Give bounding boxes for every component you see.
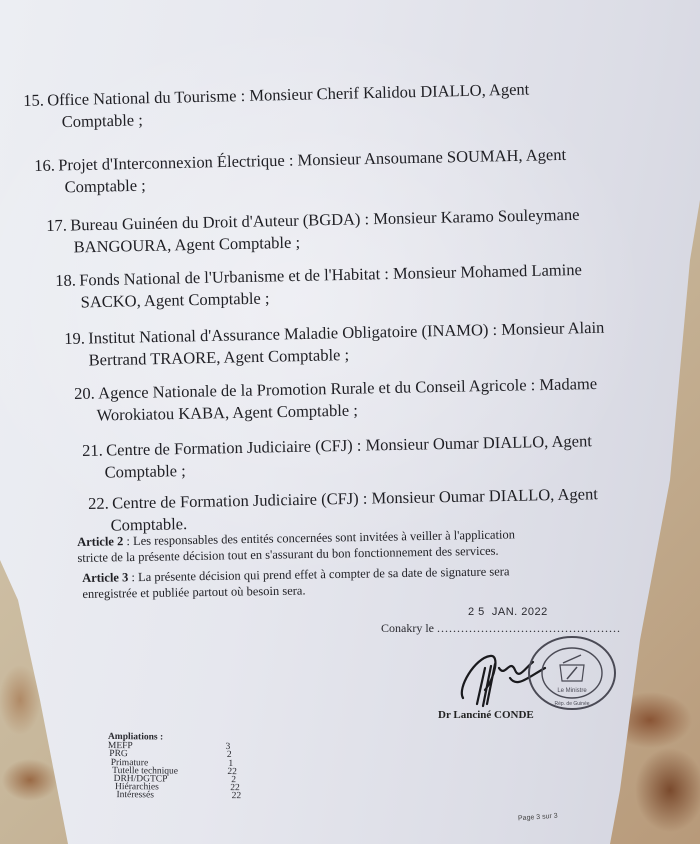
item-number: 21. [82,440,106,462]
article-3: Article 3 : La présente décision qui pre… [82,563,510,602]
article-text-continued: enregistrée et publiée partout où besoin… [82,583,305,601]
article-label: Article 2 [77,534,123,549]
place-label: Conakry le [381,621,434,635]
item-number: 18. [55,269,79,291]
article-text: La présente décision qui prend effet à c… [138,564,510,584]
article-separator: : [123,534,133,548]
item-number: 22. [88,493,112,515]
svg-text:Rép. de Guinée: Rép. de Guinée [554,701,589,707]
ampliation-count: 22 [226,792,246,800]
list-item: 18.Fonds National de l'Urbanisme et de l… [55,259,582,314]
list-item: 20.Agence Nationale de la Promotion Rura… [74,373,598,427]
ampliations-list: Ampliations : MEFP3PRG2Primature1Tutelle… [107,733,247,801]
signer-name: Dr Lanciné CONDE [438,709,534,721]
item-number: 17. [46,214,70,236]
svg-text:Le Ministre: Le Ministre [557,688,587,694]
place-date-line: Conakry le .............................… [381,621,621,636]
ampliation-label: Intéressés [116,791,226,800]
list-item: 17.Bureau Guinéen du Droit d'Auteur (BGD… [46,204,580,259]
item-number: 20. [74,383,98,405]
list-item: 16.Projet d'Interconnexion Électrique : … [34,144,567,199]
page-number: Page 3 sur 3 [518,813,558,823]
official-stamp-icon: Le Ministre Rép. de Guinée [527,635,617,711]
item-number: 19. [64,327,88,349]
item-number: 15. [23,89,47,112]
date-dotted-line: ........................................… [437,621,621,635]
list-item: 15.Office National du Tourisme : Monsieu… [23,79,530,134]
list-item: 21.Centre de Formation Judiciaire (CFJ) … [82,430,593,484]
date-stamp: 2 5 JAN. 2022 [468,606,548,618]
article-label: Article 3 [82,570,128,585]
article-2: Article 2 : Les responsables des entités… [77,526,515,566]
item-number: 16. [34,154,58,176]
document-content: 15.Office National du Tourisme : Monsieu… [0,0,700,844]
article-separator: : [128,570,138,584]
list-item: 19.Institut National d'Assurance Maladie… [64,317,605,372]
ampliation-row: Intéressés22 [107,791,246,800]
